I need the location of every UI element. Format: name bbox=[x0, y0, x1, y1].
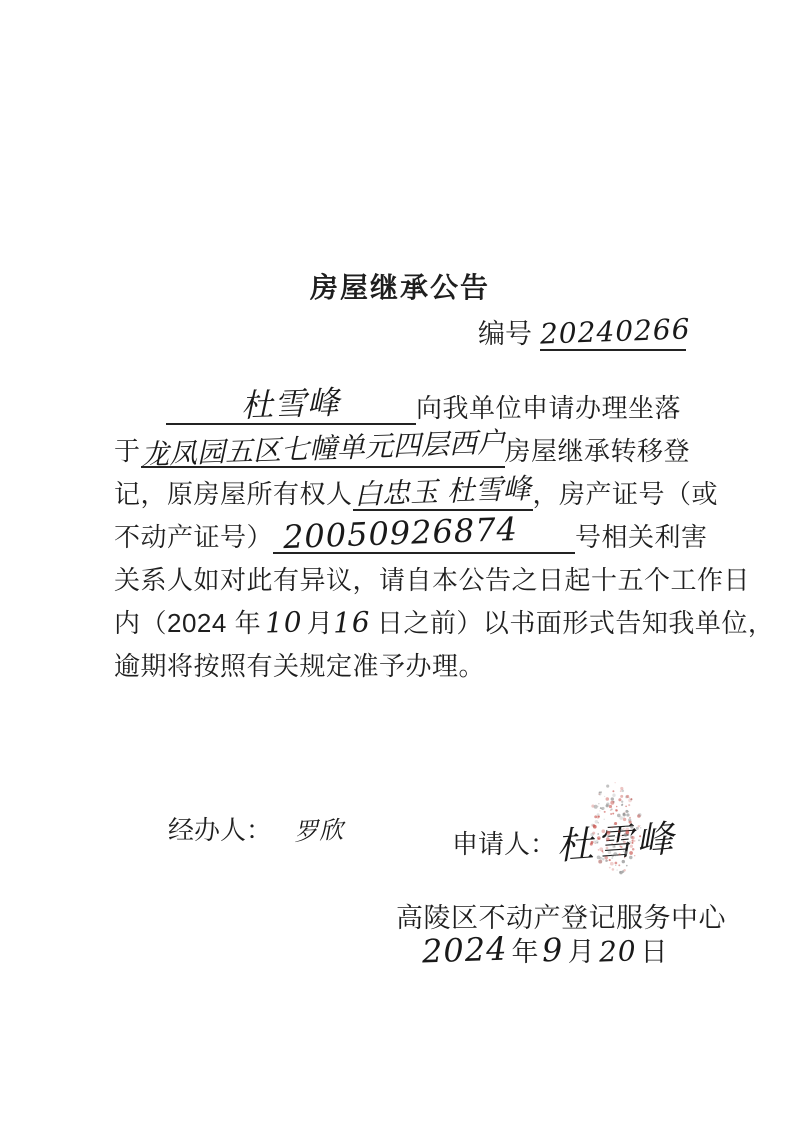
applicant-name-blank: 杜雪峰 bbox=[166, 390, 416, 425]
document-title: 房屋继承公告 bbox=[0, 266, 800, 306]
month-unit-label-footer: 月 bbox=[568, 937, 595, 967]
owner-name-handwriting: 白忠玉 杜雪峰 bbox=[354, 475, 532, 509]
document-number-blank: 20240266 bbox=[540, 320, 686, 351]
handler-signature-row: 经办人： 罗欣 bbox=[168, 810, 344, 847]
month-unit-label: 月 bbox=[307, 608, 334, 638]
body-line-4: 不动产证号） 20050926874 号相关利害 bbox=[114, 519, 714, 555]
body-line-7: 逾期将按照有关规定准予办理。 bbox=[114, 648, 714, 684]
body-line-3: 记，原房屋所有权人 白忠玉 杜雪峰 ，房产证号（或 bbox=[114, 476, 714, 512]
issue-year-handwriting: 2024 bbox=[421, 930, 508, 971]
document-number-row: 编号 20240266 bbox=[478, 312, 686, 351]
body-line-6-pre: 内（2024 年 bbox=[114, 608, 261, 638]
issue-month-handwriting: 9 bbox=[542, 931, 565, 970]
owner-name-blank: 白忠玉 杜雪峰 bbox=[353, 480, 533, 511]
scanned-document-page: 房屋继承公告 编号 20240266 杜雪峰 向我单位申请办理坐落 于 龙凤园五… bbox=[0, 0, 800, 1144]
body-line-4-text: 号相关利害 bbox=[575, 522, 708, 552]
property-address-handwriting: 龙凤园五区七幢单元四层西户 bbox=[140, 429, 505, 470]
document-number-label: 编号 bbox=[478, 319, 532, 349]
body-line-2: 于 龙凤园五区七幢单元四层西户 房屋继承转移登 bbox=[114, 433, 714, 469]
body-line-6: 内（2024 年10月16日之前）以书面形式告知我单位， bbox=[114, 605, 714, 641]
body-line-5: 关系人如对此有异议，请自本公告之日起十五个工作日 bbox=[114, 562, 714, 598]
body-line-3-text: ，房产证号（或 bbox=[533, 479, 719, 509]
body-line-3-prefix: 记，原房屋所有权人 bbox=[114, 479, 353, 509]
day-unit-label-footer: 日 bbox=[640, 937, 667, 967]
applicant-label: 申请人： bbox=[452, 829, 556, 859]
body-line-1: 杜雪峰 向我单位申请办理坐落 bbox=[114, 390, 714, 426]
certificate-number-blank: 20050926874 bbox=[273, 519, 575, 554]
property-address-blank: 龙凤园五区七幢单元四层西户 bbox=[141, 437, 505, 468]
issue-day-handwriting: 20 bbox=[598, 934, 637, 968]
body-line-1-text: 向我单位申请办理坐落 bbox=[416, 393, 681, 423]
deadline-month-handwriting: 10 bbox=[264, 604, 303, 641]
handler-label: 经办人： bbox=[168, 815, 272, 845]
certificate-number-handwriting: 20050926874 bbox=[283, 513, 519, 553]
applicant-signature-row: 申请人：杜雪峰 bbox=[452, 810, 676, 864]
issue-date-row: 2024年9月20日 bbox=[418, 930, 667, 969]
applicant-name-handwriting: 杜雪峰 bbox=[241, 386, 341, 421]
body-line-6-post: 日之前）以书面形式告知我单位， bbox=[377, 608, 775, 638]
applicant-signature-handwriting: 杜雪峰 bbox=[554, 808, 677, 870]
body-line-2-text: 房屋继承转移登 bbox=[505, 436, 691, 466]
body-line-2-prefix: 于 bbox=[114, 436, 141, 466]
handler-signature-handwriting: 罗欣 bbox=[294, 810, 346, 848]
body-line-4-prefix: 不动产证号） bbox=[114, 522, 273, 552]
deadline-day-handwriting: 16 bbox=[333, 604, 372, 641]
document-number-value: 20240266 bbox=[539, 315, 690, 348]
year-unit-label: 年 bbox=[511, 937, 538, 967]
